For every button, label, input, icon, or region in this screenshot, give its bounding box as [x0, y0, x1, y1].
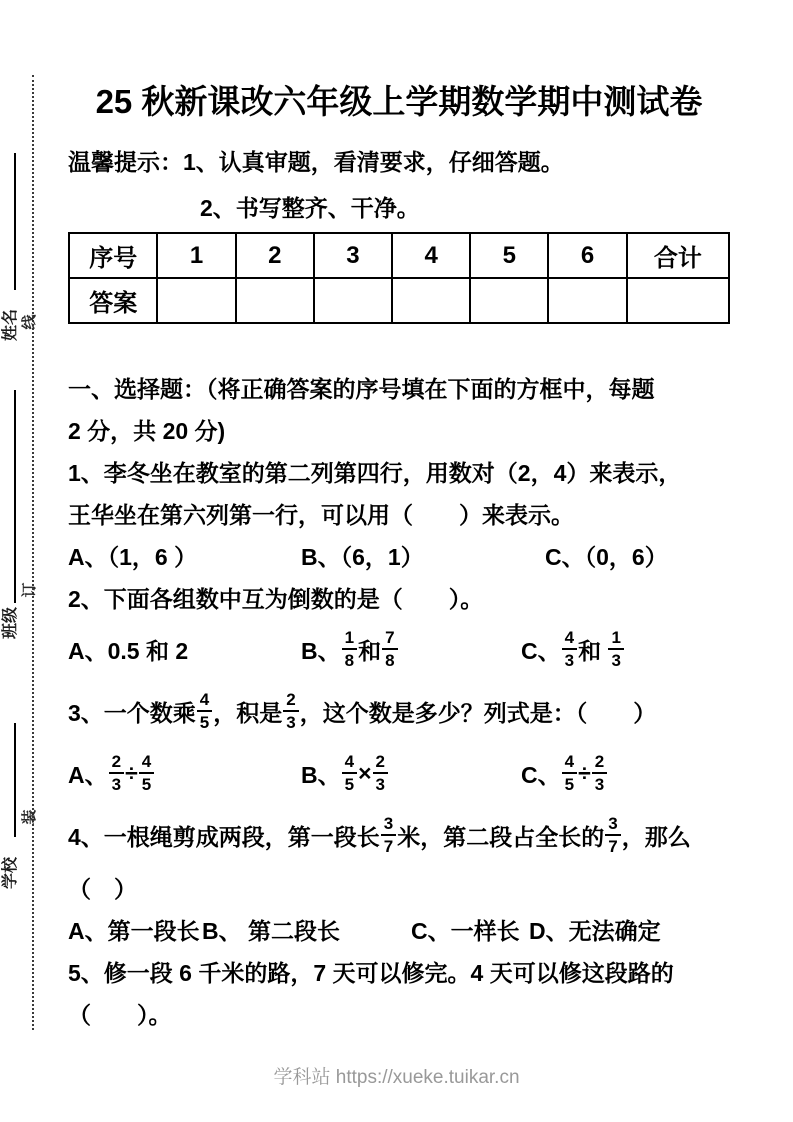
option-joiner: 和 [578, 633, 607, 666]
question-1-options: A、（1，6 ） B、（6，1） C、（0，6） [68, 534, 730, 576]
binding-dotted-line [32, 75, 34, 1030]
question-3-options: A、 23 ÷ 45 B、 45 × 23 C、 45 ÷ 23 [68, 742, 730, 804]
class-field-label: 班级 [2, 603, 20, 643]
question-3-text: 3、一个数乘 45 ，积是 23 ，这个数是多少？列式是：（ ） [68, 680, 730, 742]
q3-text-mid: ，积是 [213, 695, 282, 728]
q4-option-d: D、无法确定 [529, 913, 661, 946]
table-answer-cell [392, 278, 470, 323]
q4-option-a: A、第一段长 [68, 913, 202, 946]
option-label: A、 [68, 757, 108, 790]
fraction: 37 [381, 815, 396, 855]
q2-option-a: A、0.5 和 2 [68, 633, 301, 666]
table-answer-cell [236, 278, 314, 323]
class-blank-line [14, 390, 16, 603]
operator: ÷ [578, 760, 591, 787]
q1-option-b: B、（6，1） [301, 539, 545, 572]
question-4-options: A、第一段长 B、 第二段长 C、一样长 D、无法确定 [68, 908, 730, 950]
binding-char-bind: 装 [21, 808, 39, 826]
q1-option-a: A、（1，6 ） [68, 539, 301, 572]
table-header-cell: 6 [548, 233, 626, 278]
question-4-line-2: （ ） [68, 866, 730, 908]
table-header-cell: 4 [392, 233, 470, 278]
table-header-cell: 2 [236, 233, 314, 278]
q3-option-b: B、 45 × 23 [301, 753, 521, 793]
q4-text-post: ，那么 [622, 819, 691, 852]
section-one-heading-line-2: 2 分，共 20 分) [68, 408, 730, 450]
q4-option-b: B、 第二段长 [202, 913, 411, 946]
table-answer-cell [470, 278, 548, 323]
table-answer-cell [627, 278, 729, 323]
option-label: B、 [301, 757, 341, 790]
answer-score-table: 序号 1 2 3 4 5 6 合计 答案 [68, 232, 730, 324]
table-header-cell: 合计 [627, 233, 729, 278]
page-title: 25 秋新课改六年级上学期数学期中测试卷 [68, 76, 730, 128]
option-label: B、 [301, 633, 341, 666]
operator: × [358, 760, 371, 787]
operator: ÷ [125, 760, 138, 787]
table-answer-row: 答案 [69, 278, 729, 323]
q3-text-pre: 3、一个数乘 [68, 695, 196, 728]
table-row-label: 答案 [69, 278, 157, 323]
section-one-heading-line-1: 一、选择题：（将正确答案的序号填在下面的方框中，每题 [68, 366, 730, 408]
table-header-cell: 序号 [69, 233, 157, 278]
table-answer-cell [548, 278, 626, 323]
q4-option-c: C、一样长 [411, 913, 529, 946]
fraction: 18 [342, 629, 357, 669]
fraction: 13 [608, 629, 623, 669]
fraction: 37 [605, 815, 620, 855]
tips-line-2: 2、书写整齐、干净。 [68, 190, 730, 226]
q3-option-c: C、 45 ÷ 23 [521, 753, 608, 793]
fraction: 23 [109, 753, 124, 793]
school-field-label: 学校 [2, 853, 20, 893]
binding-char-staple: 订 [21, 581, 39, 599]
fraction: 45 [197, 691, 212, 731]
q1-option-c: C、（0，6） [545, 539, 668, 572]
option-label: C、 [521, 757, 561, 790]
exam-page: 姓名 班级 学校 线 订 装 25 秋新课改六年级上学期数学期中测试卷 温馨提示… [0, 0, 793, 1122]
tips-line-1: 温馨提示：1、认真审题，看清要求，仔细答题。 [68, 144, 730, 180]
table-answer-cell [157, 278, 235, 323]
site-watermark: 学科站 https://xueke.tuikar.cn [0, 1062, 793, 1089]
fraction: 43 [562, 629, 577, 669]
option-joiner: 和 [358, 633, 381, 666]
fraction: 45 [139, 753, 154, 793]
table-answer-cell [314, 278, 392, 323]
q4-text-pre: 4、一根绳剪成两段，第一段长 [68, 819, 380, 852]
question-1-line-2: 王华坐在第六列第一行，可以用（ ）来表示。 [68, 492, 730, 534]
fraction: 45 [342, 753, 357, 793]
option-label: C、 [521, 633, 561, 666]
q2-option-b: B、 18 和 78 [301, 629, 521, 669]
q4-text-mid: 米，第二段占全长的 [397, 819, 604, 852]
q3-text-post: ，这个数是多少？列式是：（ ） [300, 695, 657, 728]
fraction: 23 [592, 753, 607, 793]
fraction: 78 [382, 629, 397, 669]
question-4-line-1: 4、一根绳剪成两段，第一段长 37 米，第二段占全长的 37 ，那么 [68, 804, 730, 866]
table-header-row: 序号 1 2 3 4 5 6 合计 [69, 233, 729, 278]
table-header-cell: 5 [470, 233, 548, 278]
question-2-text: 2、下面各组数中互为倒数的是（ ）。 [68, 576, 730, 618]
name-blank-line [14, 153, 16, 290]
binding-char-line: 线 [21, 313, 39, 331]
fraction: 23 [373, 753, 388, 793]
name-field-label: 姓名 [2, 305, 20, 345]
question-2-options: A、0.5 和 2 B、 18 和 78 C、 43 和 13 [68, 618, 730, 680]
school-blank-line [14, 723, 16, 837]
fraction: 45 [562, 753, 577, 793]
table-header-cell: 3 [314, 233, 392, 278]
fraction: 23 [283, 691, 298, 731]
question-1-line-1: 1、李冬坐在教室的第二列第四行，用数对（2，4）来表示， [68, 450, 730, 492]
exam-content: 25 秋新课改六年级上学期数学期中测试卷 温馨提示：1、认真审题，看清要求，仔细… [68, 70, 730, 1034]
question-5-line-2: （ ）。 [68, 992, 730, 1034]
table-header-cell: 1 [157, 233, 235, 278]
q3-option-a: A、 23 ÷ 45 [68, 753, 301, 793]
q2-option-c: C、 43 和 13 [521, 629, 625, 669]
question-5-line-1: 5、修一段 6 千米的路，7 天可以修完。4 天可以修这段路的 [68, 950, 730, 992]
